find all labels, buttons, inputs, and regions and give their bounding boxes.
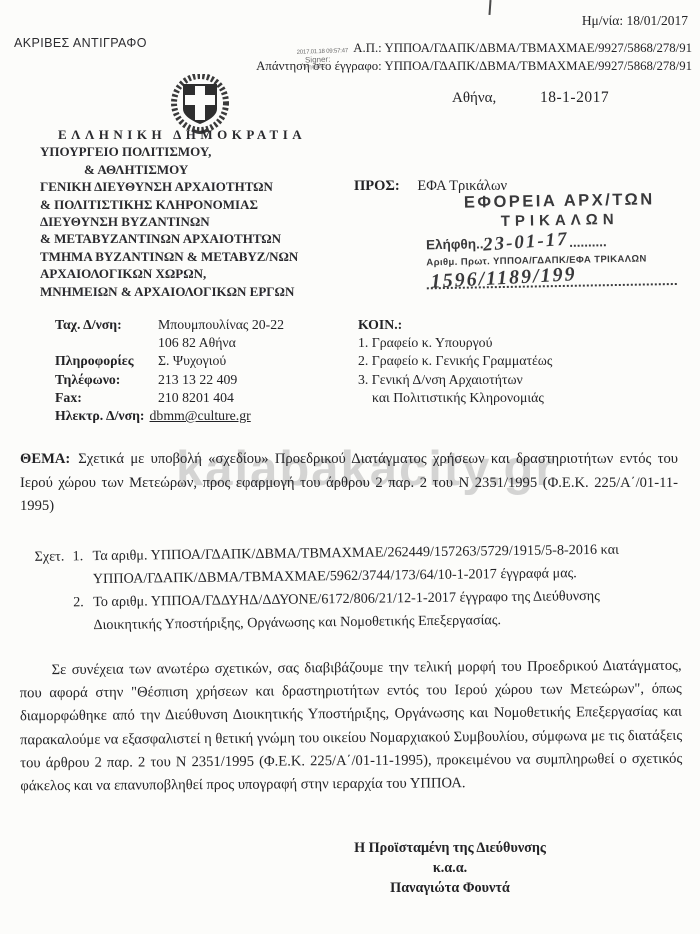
contact-value: 213 13 22 409 xyxy=(158,371,237,389)
ministry-line: ΕΛΛΗΝΙΚΗ ΔΗΜΟΚΡΑΤΙΑ xyxy=(58,126,370,143)
body-paragraph: Σε συνέχεια των ανωτέρω σχετικών, σας δι… xyxy=(20,655,683,799)
scan-artifact xyxy=(488,0,491,15)
digital-signature-overlay: 2017.01.18 09:57:47 Signer: Ψηφιακά xyxy=(297,48,349,71)
ministry-line: ΥΠΟΥΡΓΕΙΟ ΠΟΛΙΤΙΣΜΟΥ, xyxy=(40,143,370,160)
stamp-received-date-handwritten: 23-01-17 xyxy=(483,229,570,257)
contact-label: Ταχ. Δ/νση: xyxy=(55,316,158,334)
ministry-line: ΔΙΕΥΘΥΝΣΗ ΒΥΖΑΝΤΙΝΩΝ xyxy=(40,213,370,230)
protocol-number-line: Α.Π.: ΥΠΠΟΑ/ΓΔΑΠΚ/ΔΒΜΑ/ΤΒΜΑΧΜΑΕ/9927/586… xyxy=(353,41,692,56)
email-label: Ηλεκτρ. Δ/νση: xyxy=(55,407,145,425)
contact-row: Τηλέφωνο: 213 13 22 409 xyxy=(55,371,284,389)
signatory-title: Η Προϊσταμένη της Διεύθυνσης xyxy=(290,838,610,858)
contact-value: Μπουμπουλίνας 20-22 xyxy=(158,316,284,334)
reference-number: 1. xyxy=(72,545,93,591)
ministry-line: & ΑΘΛΗΤΙΣΜΟΥ xyxy=(84,161,370,178)
body-text: Σε συνέχεια των ανωτέρω σχετικών, σας δι… xyxy=(20,658,683,795)
subject-label: ΘΕΜΑ: xyxy=(20,451,70,467)
contact-info-block: Ταχ. Δ/νση: Μπουμπουλίνας 20-22 106 82 Α… xyxy=(55,316,284,425)
contact-row: Fax: 210 8201 404 xyxy=(55,389,284,407)
recipient-label: ΠΡΟΣ: xyxy=(354,178,400,194)
ministry-line: ΓΕΝΙΚΗ ΔΙΕΥΘΥΝΣΗ ΑΡΧΑΙΟΤΗΤΩΝ xyxy=(40,178,370,195)
reference-number: 2. xyxy=(73,591,94,637)
stamp-received-label: Ελήφθη.. xyxy=(426,236,484,252)
header-date: Ημ/νία: 18/01/2017 xyxy=(582,13,688,29)
stamp-received-line: Ελήφθη..23-01-17.......... xyxy=(426,229,694,256)
cc-block: ΚΟΙΝ.: 1. Γραφείο κ. Υπουργού 2. Γραφείο… xyxy=(358,316,552,407)
recipient-value: ΕΦΑ Τρικάλων xyxy=(417,178,507,194)
contact-value: 210 8201 404 xyxy=(158,389,234,407)
contact-row: Πληροφορίες Σ. Ψυχογιού xyxy=(55,352,284,370)
contact-label: Fax: xyxy=(55,389,158,407)
email-address: dbmm@culture.gr xyxy=(150,407,251,425)
references-label: Σχετ. xyxy=(34,545,73,591)
contact-row-email: Ηλεκτρ. Δ/νση: dbmm@culture.gr xyxy=(55,407,284,425)
cc-item-continuation: και Πολιτιστικής Κληρονομιάς xyxy=(372,389,552,407)
reference-text: Το αριθμ. ΥΠΠΟΑ/ΓΔΔΥΗΔ/ΔΔΥΟΝΕ/6172/806/2… xyxy=(93,584,661,637)
ministry-line: ΜΝΗΜΕΙΩΝ & ΑΡΧΑΙΟΛΟΓΙΚΩΝ ΕΡΓΩΝ xyxy=(40,283,370,300)
contact-row: Ταχ. Δ/νση: Μπουμπουλίνας 20-22 xyxy=(55,316,284,334)
contact-value: Σ. Ψυχογιού xyxy=(158,352,226,370)
contact-label xyxy=(55,334,158,352)
reference-item: Σχετ. 1. Τα αριθμ. ΥΠΠΟΑ/ΓΔΑΠΚ/ΔΒΜΑ/ΤΒΜΑ… xyxy=(34,538,660,592)
contact-label: Τηλέφωνο: xyxy=(55,371,158,389)
signature-block: Η Προϊσταμένη της Διεύθυνσης κ.α.α. Πανα… xyxy=(290,838,610,898)
ministry-line: & ΜΕΤΑΒΥΖΑΝΤΙΝΩΝ ΑΡΧΑΙΟΤΗΤΩΝ xyxy=(40,230,370,247)
subject-text: Σχετικά με υποβολή «σχεδίου» Προεδρικού … xyxy=(20,451,678,514)
exact-copy-note: ΑΚΡΙΒΕΣ ΑΝΤΙΓΡΑΦΟ xyxy=(14,36,147,50)
document-date: 18-1-2017 xyxy=(540,89,609,107)
subject-paragraph: ΘΕΜΑ:Σχετικά με υποβολή «σχεδίου» Προεδρ… xyxy=(20,448,678,519)
ministry-header-block: ΕΛΛΗΝΙΚΗ ΔΗΜΟΚΡΑΤΙΑ ΥΠΟΥΡΓΕΙΟ ΠΟΛΙΤΙΣΜΟΥ… xyxy=(40,126,370,300)
contact-value: 106 82 Αθήνα xyxy=(158,334,236,352)
receiving-office-stamp: ΕΦΟΡΕΙΑ ΑΡΧ/ΤΩΝ ΤΡΙΚΑΛΩΝ Ελήφθη..23-01-1… xyxy=(425,190,695,290)
scanned-document: kalabakacity.gr Ημ/νία: 18/01/2017 ΑΚΡΙΒ… xyxy=(0,0,700,934)
contact-label: Πληροφορίες xyxy=(55,352,158,370)
ministry-line: ΑΡΧΑΙΟΛΟΓΙΚΩΝ ΧΩΡΩΝ, xyxy=(40,265,370,282)
stamp-protocol-number-handwritten: 1596/1189/199 xyxy=(430,263,577,294)
signatory-kaa: κ.α.α. xyxy=(290,858,610,878)
reference-item: 2. Το αριθμ. ΥΠΠΟΑ/ΓΔΔΥΗΔ/ΔΔΥΟΝΕ/6172/80… xyxy=(73,584,661,637)
stamp-received-dots: .......... xyxy=(569,234,607,250)
cc-label: ΚΟΙΝ.: xyxy=(358,317,402,332)
reference-text: Τα αριθμ. ΥΠΠΟΑ/ΓΔΑΠΚ/ΔΒΜΑ/ΤΒΜΑΧΜΑΕ/2624… xyxy=(92,538,660,591)
cc-item: 3. Γενική Δ/νση Αρχαιοτήτων xyxy=(358,371,552,389)
cc-item: 2. Γραφείο κ. Γενικής Γραμματέως xyxy=(358,352,552,370)
cc-item: 1. Γραφείο κ. Υπουργού xyxy=(358,334,552,352)
stamp-office-line2: ΤΡΙΚΑΛΩΝ xyxy=(426,210,694,232)
ministry-line: & ΠΟΛΙΤΙΣΤΙΚΗΣ ΚΛΗΡΟΝΟΜΙΑΣ xyxy=(40,196,370,213)
signatory-name: Παναγιώτα Φουντά xyxy=(290,878,610,898)
ministry-line: ΤΜΗΜΑ ΒΥΖΑΝΤΙΝΩΝ & ΜΕΤΑΒΥΖ/ΝΩΝ xyxy=(40,248,370,265)
city-label: Αθήνα, xyxy=(452,90,496,107)
references-block: Σχετ. 1. Τα αριθμ. ΥΠΠΟΑ/ΓΔΑΠΚ/ΔΒΜΑ/ΤΒΜΑ… xyxy=(34,538,660,638)
contact-row: 106 82 Αθήνα xyxy=(55,334,284,352)
